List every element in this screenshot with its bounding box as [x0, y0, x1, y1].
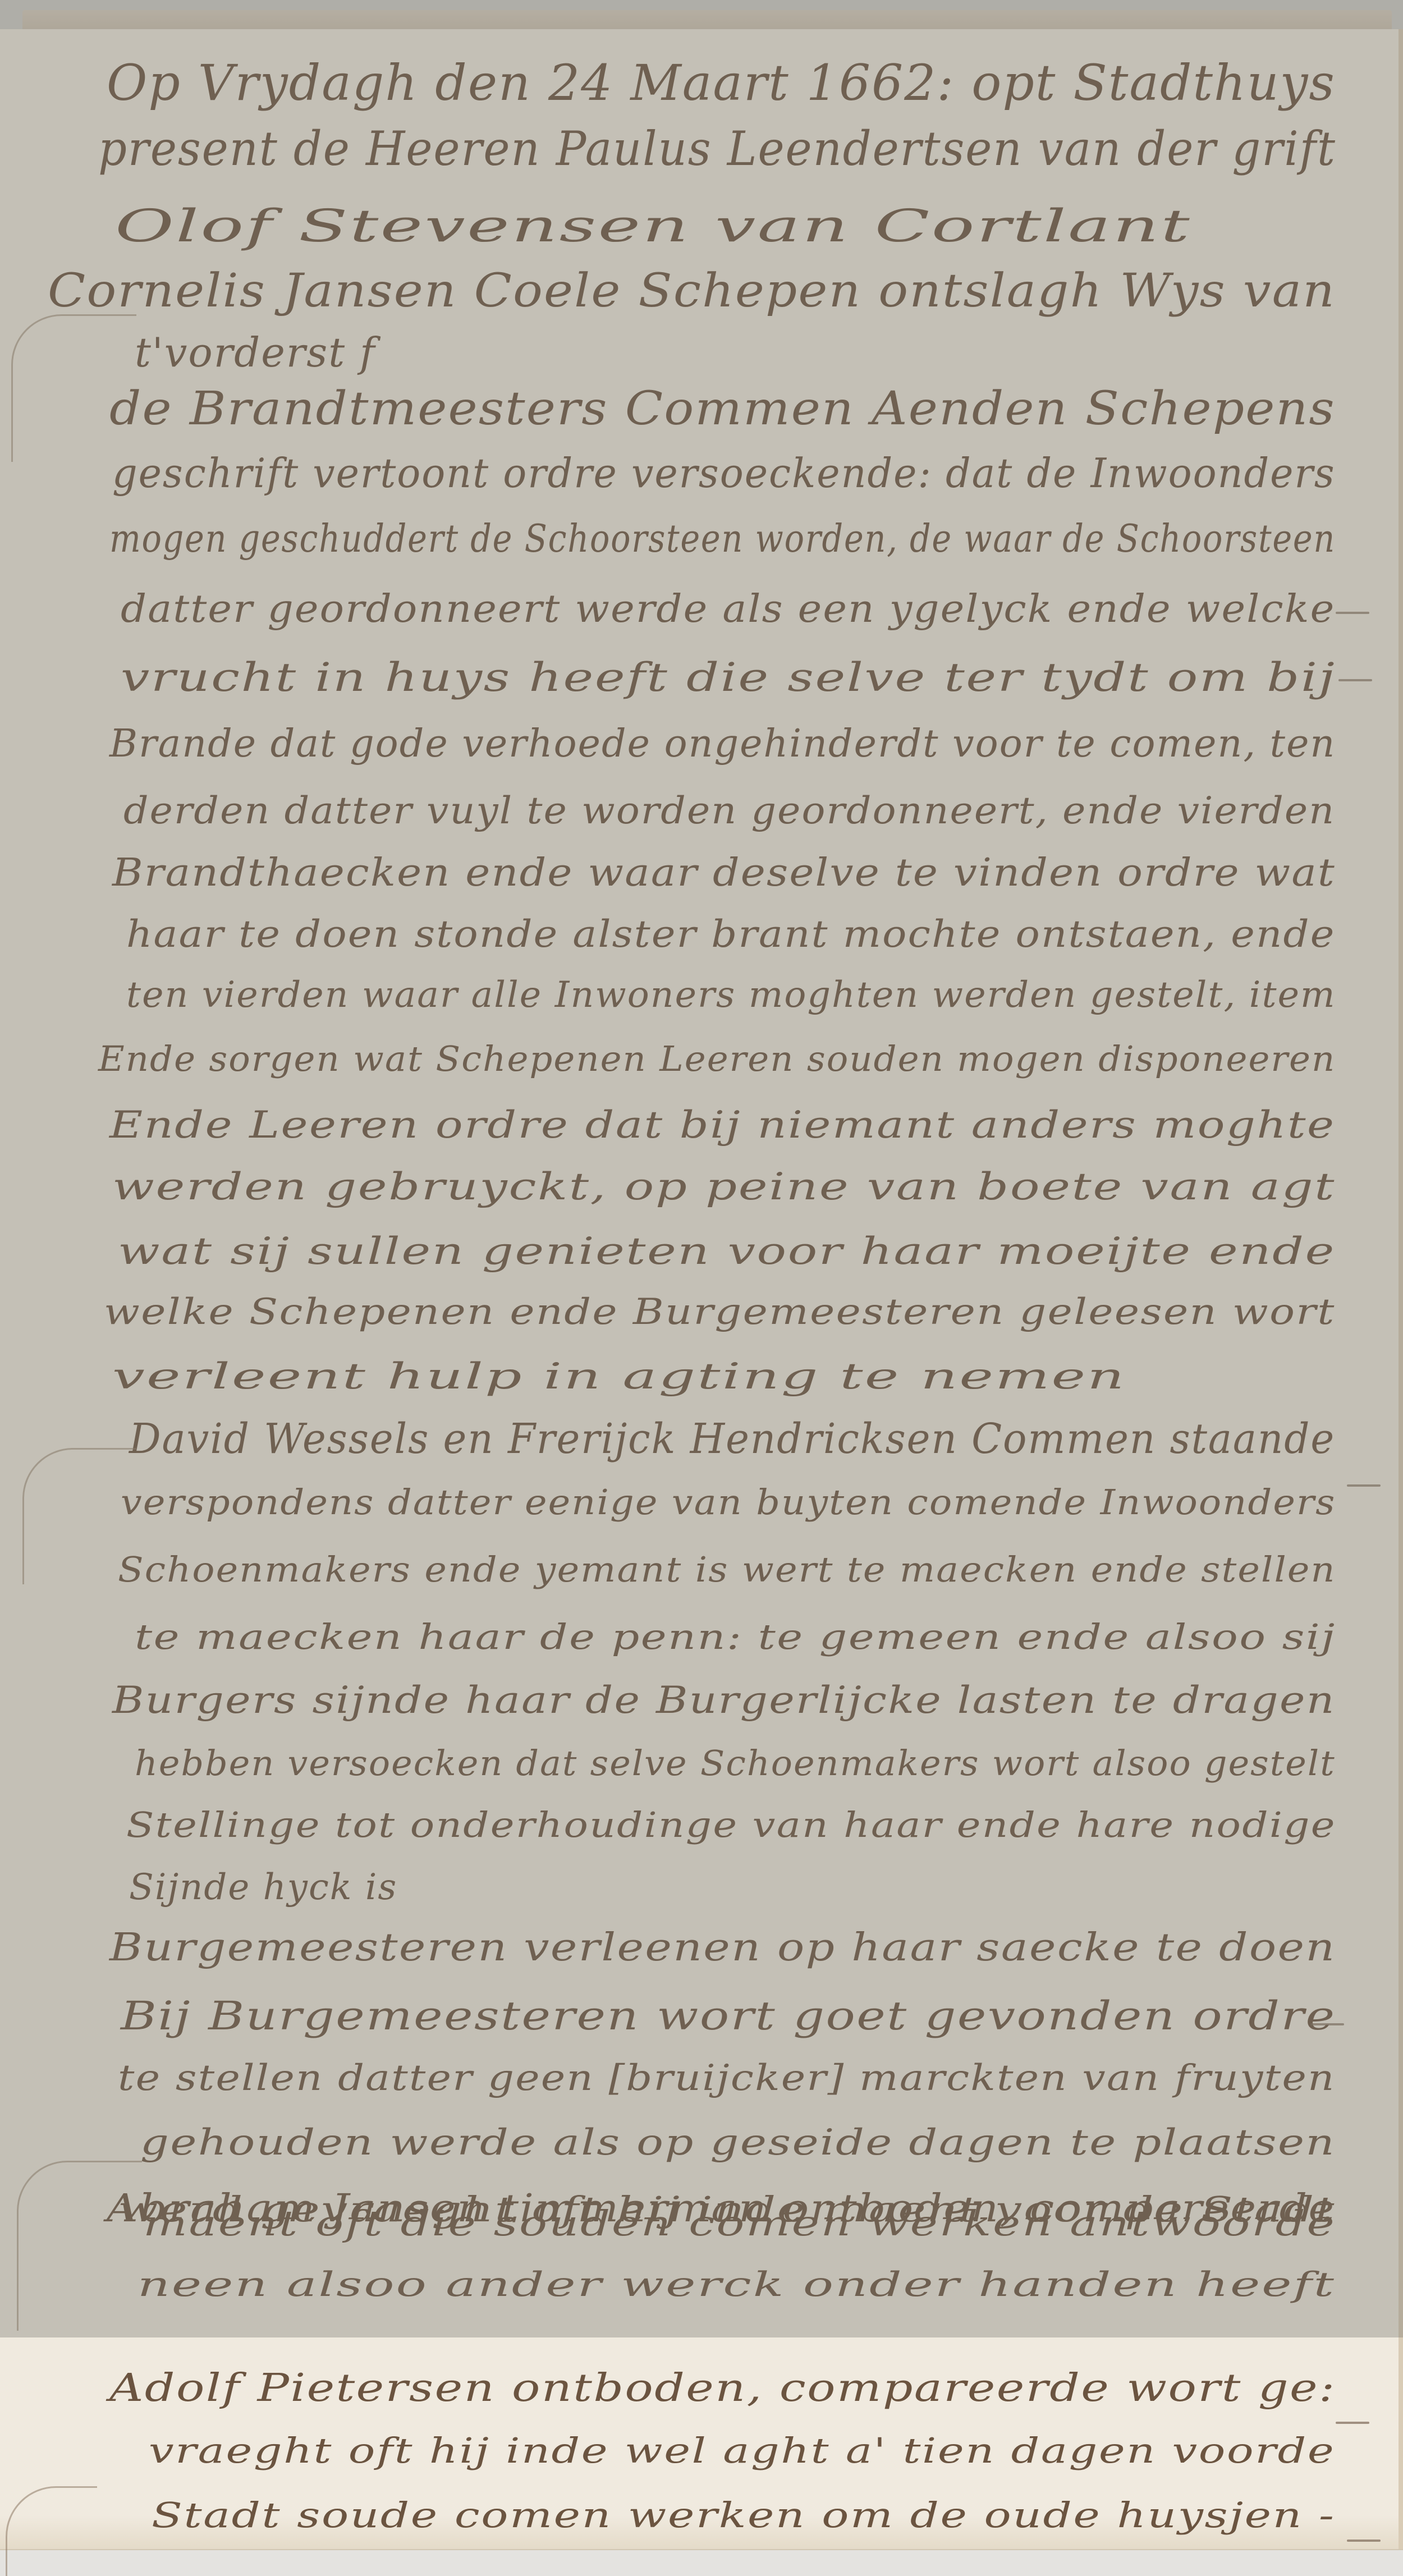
line-end-dash	[1336, 612, 1369, 614]
manuscript-line: verspondens datter eenige van buyten com…	[121, 1482, 1336, 1523]
manuscript-line: neen alsoo ander werck onder handen heef…	[137, 2265, 1336, 2305]
manuscript-line: ten vierden waar alle Inwoners moghten w…	[126, 974, 1336, 1017]
manuscript-line: Stadt soude comen werken om de oude huys…	[152, 2495, 1336, 2536]
line-end-dash	[1347, 1484, 1381, 1487]
manuscript-line: present de Heeren Paulus Leendertsen van…	[98, 121, 1336, 177]
manuscript-line: te maecken haar de penn: te gemeen ende …	[135, 1616, 1336, 1658]
manuscript-line: Burgers sijnde haar de Burgerlijcke last…	[112, 1678, 1336, 1722]
manuscript-line: Sijnde hyck is	[129, 1866, 397, 1909]
manuscript-line: vrucht in huys heeft die selve ter tydt …	[121, 654, 1336, 701]
line-end-dash	[1338, 679, 1372, 681]
line-end-dash	[1347, 2540, 1381, 2542]
line-end-dash	[1336, 2422, 1369, 2424]
manuscript-line: Cornelis Jansen Coele Schepen ontslagh W…	[48, 264, 1336, 319]
margin-flourish	[6, 2486, 97, 2576]
manuscript-line: welke Schepenen ende Burgemeesteren gele…	[104, 1291, 1336, 1334]
manuscript-line: de Brandtmeesters Commen Aenden Schepens	[109, 382, 1336, 437]
manuscript-line: verleent hulp in agting te nemen	[112, 1355, 1126, 1399]
manuscript-line: derden datter vuyl te worden geordonneer…	[123, 789, 1335, 833]
manuscript-line: Brande dat gode verhoede ongehinderdt vo…	[109, 721, 1336, 767]
margin-flourish	[22, 1448, 136, 1584]
manuscript-text: Op Vrydagh den 24 Maart 1662: opt Stadth…	[0, 0, 1403, 2576]
manuscript-line: werden gebruyckt, op peine van boete van…	[112, 1165, 1336, 1209]
line-end-dash	[1310, 2023, 1344, 2025]
manuscript-line: Burgemeesteren verleenen op haar saecke …	[109, 1925, 1336, 1971]
manuscript-line: vraeght oft hij inde wel aght a' tien da…	[149, 2430, 1335, 2472]
manuscript-line: Ende sorgen wat Schepenen Leeren souden …	[98, 1038, 1336, 1080]
manuscript-line: Stellinge tot onderhoudinge van haar end…	[126, 1804, 1336, 1846]
manuscript-line: Adolf Pietersen ontboden, compareerde wo…	[109, 2366, 1336, 2412]
manuscript-line: werd gevraeght oft hij inde maent voor d…	[118, 2189, 1336, 2230]
manuscript-line: Schoenmakers ende yemant is wert te maec…	[118, 1549, 1336, 1590]
margin-flourish	[11, 314, 136, 462]
manuscript-line: wat sij sullen genieten voor haar moeijt…	[118, 1229, 1336, 1273]
manuscript-line: geschrift vertoont ordre versoeckende: d…	[112, 449, 1336, 497]
manuscript-line: Bij Burgemeesteren wort goet gevonden or…	[121, 1992, 1336, 2039]
manuscript-line: datter geordonneert werde als een ygelyc…	[121, 586, 1335, 632]
manuscript-line: Op Vrydagh den 24 Maart 1662: opt Stadth…	[107, 53, 1336, 113]
manuscript-line: haar te doen stonde alster brant mochte …	[126, 912, 1335, 956]
manuscript-line: te stellen datter geen [bruijcker] marck…	[118, 2057, 1336, 2100]
manuscript-line: Olof Stevensen van Cortlant	[115, 199, 1191, 253]
manuscript-line: mogen geschuddert de Schoorsteen worden,…	[109, 516, 1336, 562]
margin-flourish	[17, 2161, 142, 2331]
manuscript-line: hebben versoecken dat selve Schoenmakers…	[135, 1743, 1336, 1784]
manuscript-line: Brandthaecken ende waar deselve te vinde…	[112, 850, 1336, 896]
manuscript-line: Ende Leeren ordre dat bij niemant anders…	[109, 1103, 1335, 1147]
manuscript-line: gehouden werde als op geseide dagen te p…	[140, 2121, 1336, 2165]
manuscript-line: David Wessels en Frerijck Hendricksen Co…	[129, 1414, 1335, 1464]
manuscript-line: t'vorderst f	[135, 328, 376, 377]
